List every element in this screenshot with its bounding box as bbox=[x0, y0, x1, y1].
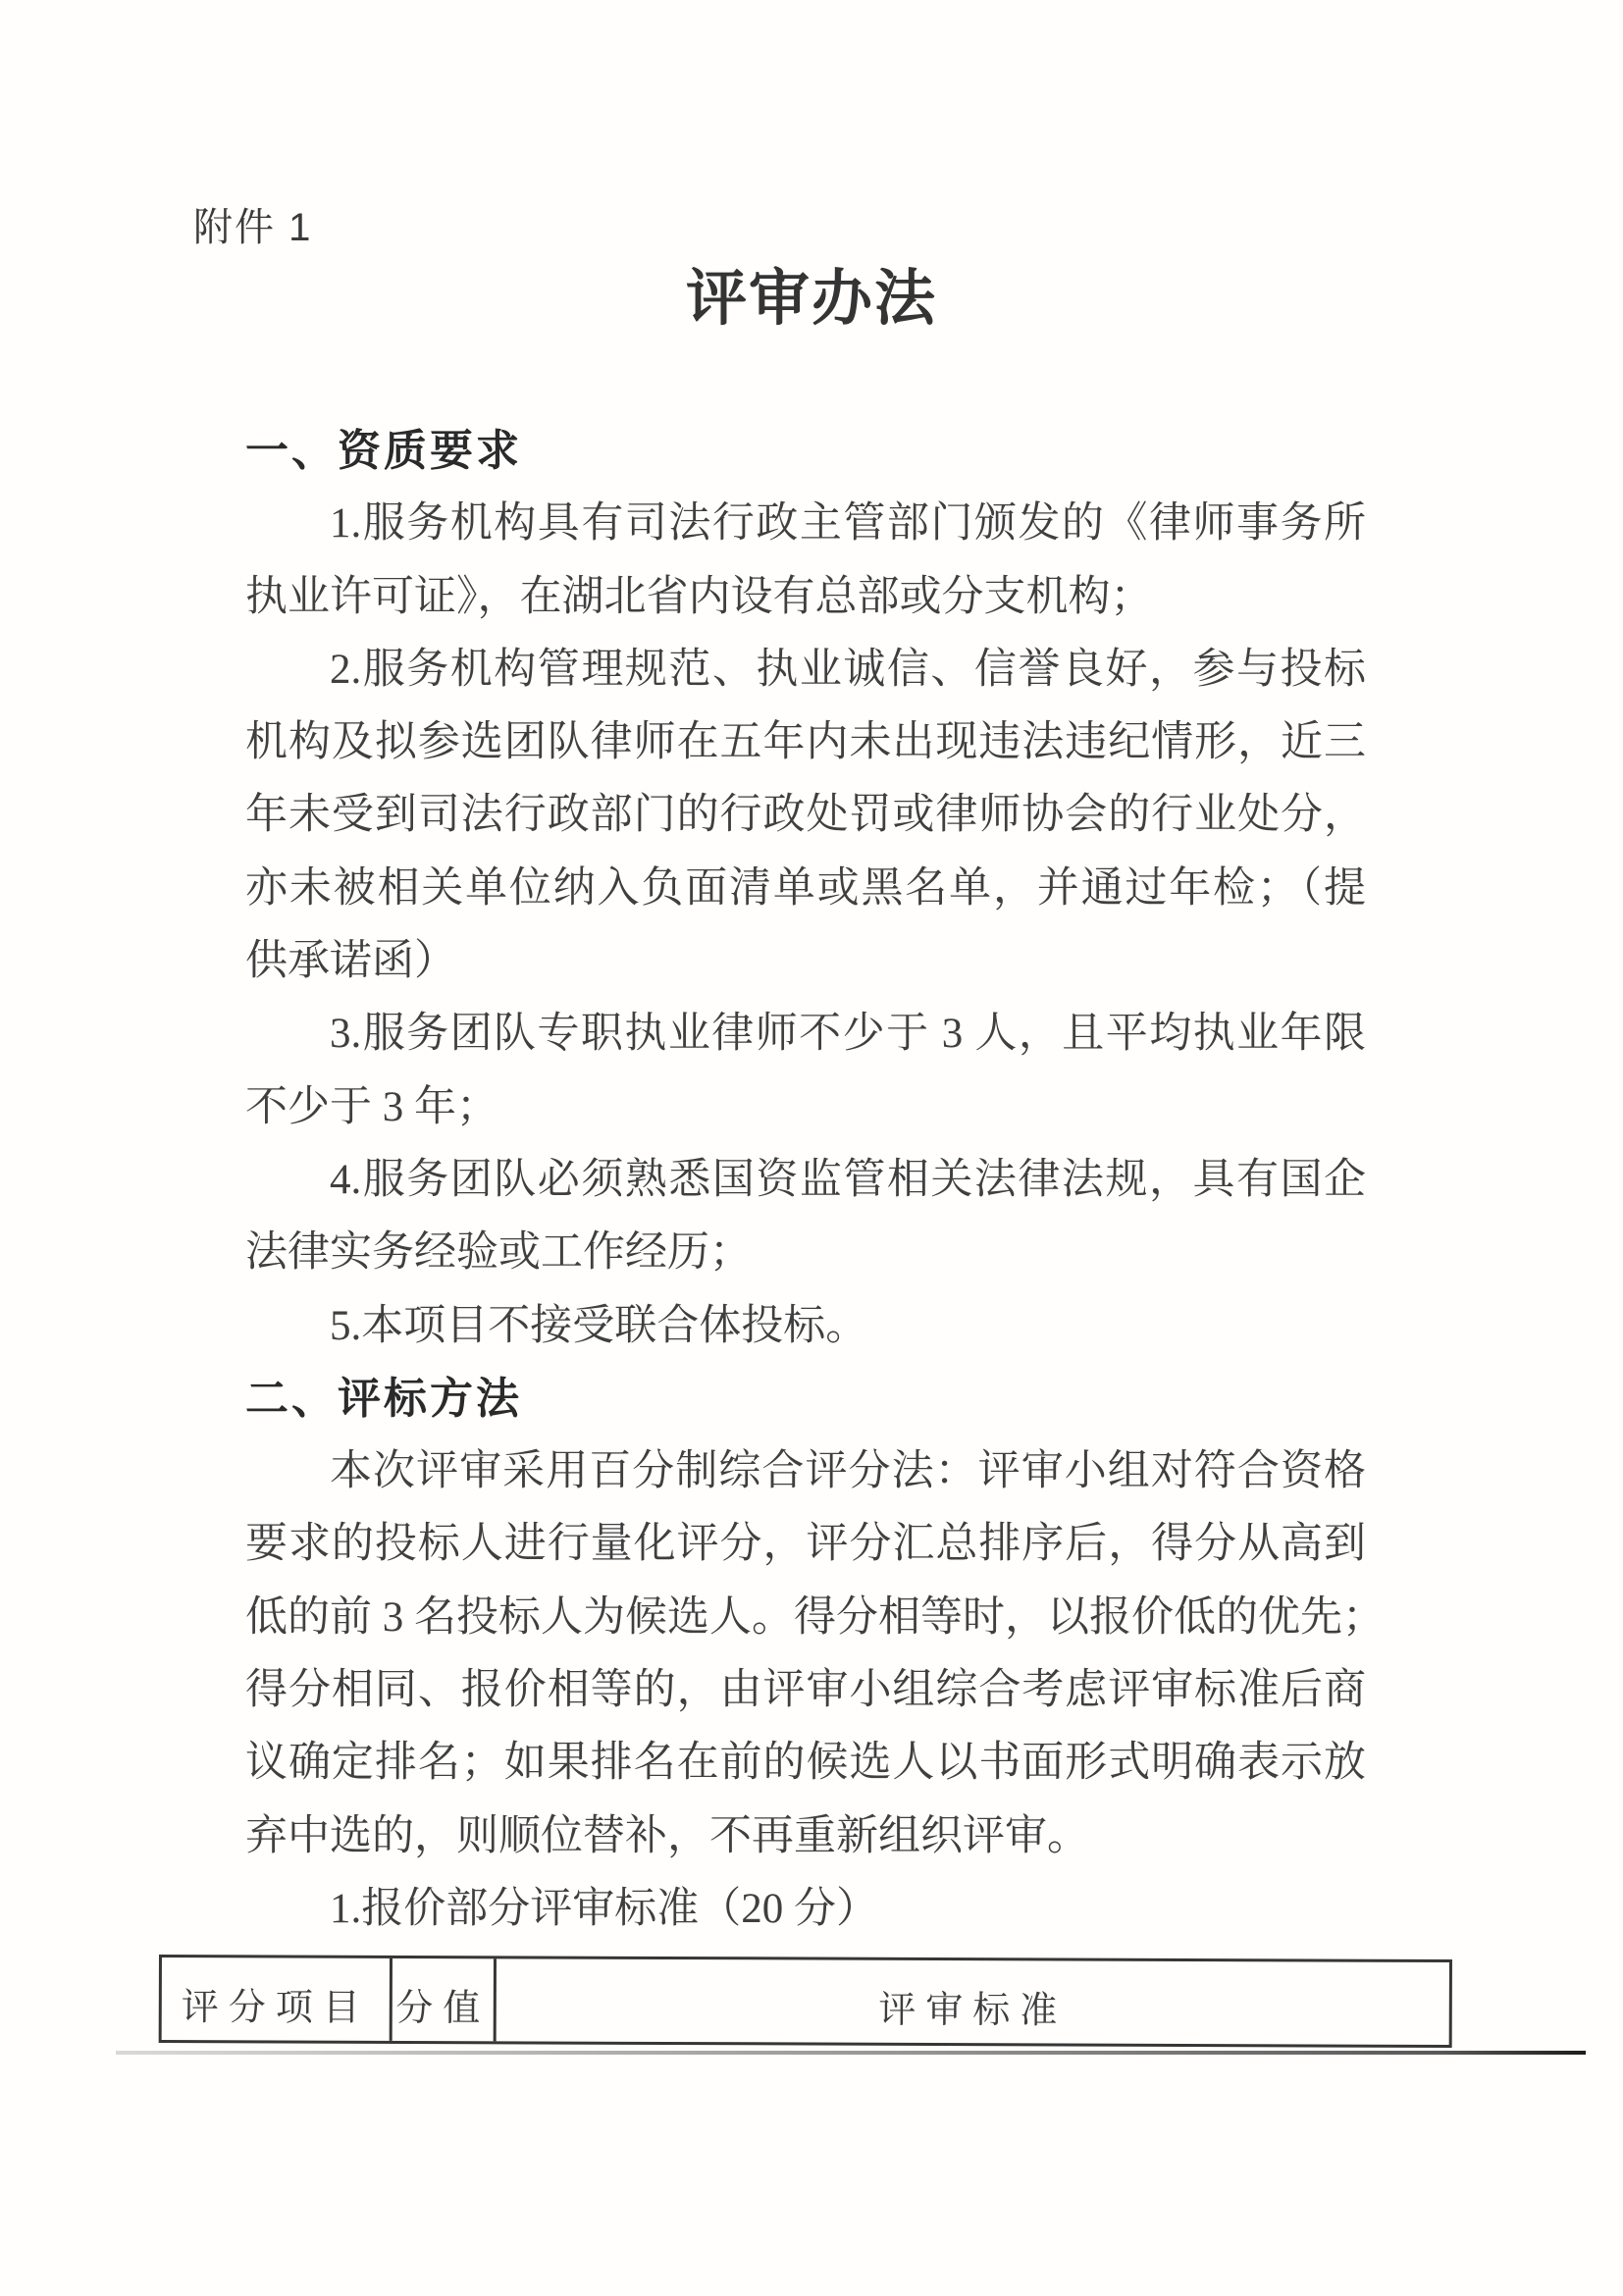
score-table-header-score-value: 分值 bbox=[393, 1958, 497, 2041]
document-title: 评审办法 bbox=[0, 266, 1623, 333]
evaluation-paragraph-line5: 议确定排名；如果排名在前的候选人以书面形式明确表示放 bbox=[245, 1727, 1366, 1800]
qualification-item3-line2: 不少于 3 年； bbox=[245, 1071, 1366, 1144]
qualification-item2-line2: 机构及拟参选团队律师在五年内未出现违法违纪情形，近三 bbox=[245, 706, 1366, 779]
section-heading-qualification: 一、资质要求 bbox=[245, 415, 1366, 488]
qualification-item1-line2: 执业许可证》，在湖北省内设有总部或分支机构； bbox=[245, 561, 1366, 634]
evaluation-paragraph-line1: 本次评审采用百分制综合评分法：评审小组对符合资格 bbox=[245, 1435, 1366, 1508]
qualification-item2-line4: 亦未被相关单位纳入负面清单或黑名单，并通过年检；（提 bbox=[245, 853, 1366, 925]
document-body: 一、资质要求 1.服务机构具有司法行政主管部门颁发的《律师事务所 执业许可证》，… bbox=[245, 415, 1366, 1946]
scan-artifact-line bbox=[116, 2051, 1586, 2055]
qualification-item2-line1: 2.服务机构管理规范、执业诚信、信誉良好，参与投标 bbox=[245, 634, 1366, 706]
evaluation-paragraph-line6: 弃中选的，则顺位替补，不再重新组织评审。 bbox=[245, 1800, 1366, 1873]
qualification-item4-line1: 4.服务团队必须熟悉国资监管相关法律法规，具有国企 bbox=[245, 1144, 1366, 1217]
evaluation-paragraph-line3: 低的前 3 名投标人为候选人。得分相等时，以报价低的优先； bbox=[245, 1582, 1366, 1654]
document-page: 附件 1 评审办法 一、资质要求 1.服务机构具有司法行政主管部门颁发的《律师事… bbox=[0, 0, 1623, 2296]
attachment-label: 附件 1 bbox=[193, 206, 312, 249]
evaluation-paragraph-line4: 得分相同、报价相等的，由评审小组综合考虑评审标准后商 bbox=[245, 1654, 1366, 1727]
qualification-item1-line1: 1.服务机构具有司法行政主管部门颁发的《律师事务所 bbox=[245, 488, 1366, 560]
qualification-item4-line2: 法律实务经验或工作经历； bbox=[245, 1217, 1366, 1289]
qualification-item2-line3: 年未受到司法行政部门的行政处罚或律师协会的行业处分， bbox=[245, 779, 1366, 852]
evaluation-subheading-price-criteria: 1.报价部分评审标准（20 分） bbox=[245, 1873, 1366, 1946]
qualification-item5-line1: 5.本项目不接受联合体投标。 bbox=[245, 1290, 1366, 1363]
score-table: 评分项目 分值 评审标准 bbox=[159, 1955, 1452, 2048]
evaluation-paragraph-line2: 要求的投标人进行量化评分，评分汇总排序后，得分从高到 bbox=[245, 1508, 1366, 1581]
score-table-header-scoring-item: 评分项目 bbox=[162, 1957, 393, 2041]
section-heading-evaluation: 二、评标方法 bbox=[245, 1363, 1366, 1435]
score-table-header-review-criteria: 评审标准 bbox=[497, 1958, 1449, 2045]
qualification-item3-line1: 3.服务团队专职执业律师不少于 3 人，且平均执业年限 bbox=[245, 998, 1366, 1070]
qualification-item2-line5: 供承诺函） bbox=[245, 925, 1366, 998]
